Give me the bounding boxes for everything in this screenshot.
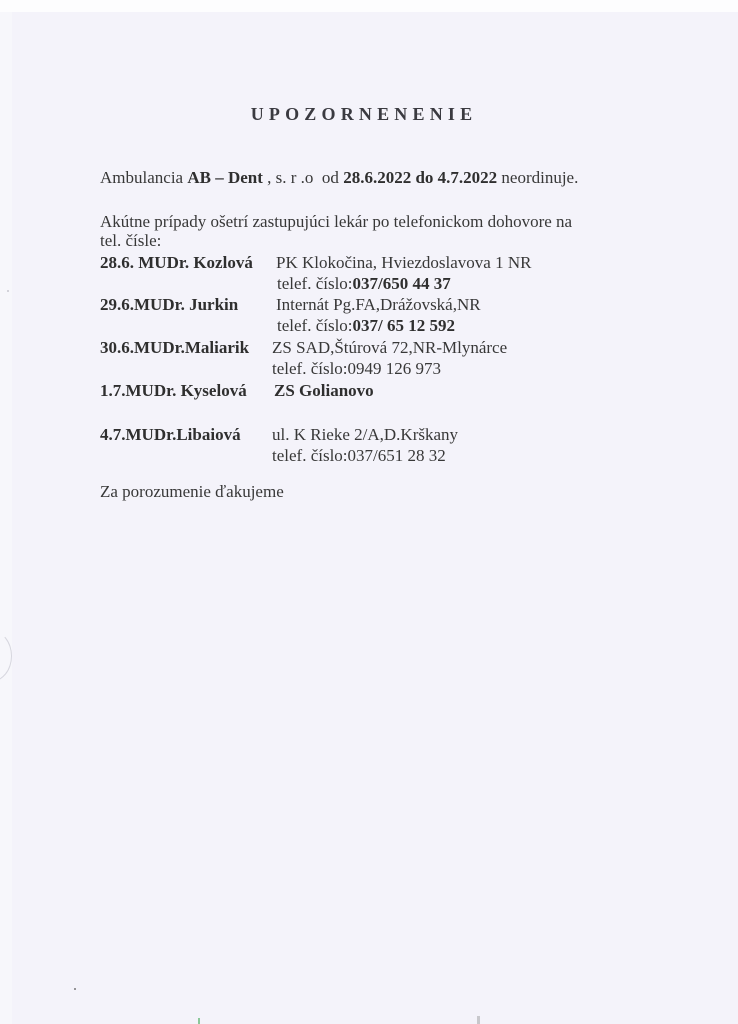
phone-label: telef. číslo: — [277, 316, 353, 335]
notice-title: UPOZORNENENIE — [0, 104, 728, 125]
substitute-doctor-2: 29.6.MUDr. Jurkin — [100, 295, 238, 315]
phone-label: telef. číslo: — [277, 274, 353, 293]
substitute-doctor-5: 4.7.MUDr.Libaiová — [100, 425, 241, 445]
substitute-address-1: PK Klokočina, Hviezdoslavova 1 NR — [276, 253, 531, 273]
scan-artifact-dot — [74, 988, 76, 990]
substitute-address-5: ul. K Rieke 2/A,D.Krškany — [272, 425, 458, 445]
substitute-doctor-4: 1.7.MUDr. Kyselová — [100, 381, 247, 401]
acute-cases-note-line1: Akútne prípady ošetrí zastupujúci lekár … — [100, 212, 572, 232]
phone-label: telef. číslo: — [272, 359, 348, 378]
substitute-phone-2: telef. číslo:037/ 65 12 592 — [277, 316, 455, 336]
clinic-name: AB – Dent — [187, 168, 263, 187]
substitute-address-4: ZS Golianovo — [274, 381, 374, 401]
closure-announcement: Ambulancia AB – Dent , s. r .o od 28.6.2… — [100, 168, 578, 188]
scan-artifact-arc — [0, 630, 12, 682]
phone-number: 037/651 28 32 — [348, 446, 446, 465]
phone-label: telef. číslo: — [272, 446, 348, 465]
scanned-notice-page: UPOZORNENENIE Ambulancia AB – Dent , s. … — [0, 0, 738, 1024]
phone-number: 037/ 65 12 592 — [353, 316, 455, 335]
substitute-doctor-3: 30.6.MUDr.Maliarik — [100, 338, 249, 358]
scan-artifact-dot — [7, 290, 9, 292]
phone-number: 0949 126 973 — [348, 359, 442, 378]
intro-prefix: Ambulancia — [100, 168, 187, 187]
closure-date-range: 28.6.2022 do 4.7.2022 — [343, 168, 497, 187]
scan-artifact-mark — [477, 1016, 480, 1024]
phone-number: 037/650 44 37 — [353, 274, 451, 293]
closing-thanks: Za porozumenie ďakujeme — [100, 482, 284, 502]
substitute-phone-1: telef. číslo:037/650 44 37 — [277, 274, 451, 294]
company-suffix: , s. r .o od — [263, 168, 343, 187]
substitute-address-2: Internát Pg.FA,Drážovská,NR — [276, 295, 481, 315]
substitute-doctor-1: 28.6. MUDr. Kozlová — [100, 253, 253, 273]
acute-cases-note-line2: tel. čísle: — [100, 231, 161, 251]
substitute-phone-5: telef. číslo:037/651 28 32 — [272, 446, 446, 466]
scan-artifact-mark — [198, 1018, 200, 1024]
substitute-phone-3: telef. číslo:0949 126 973 — [272, 359, 441, 379]
intro-suffix: neordinuje. — [497, 168, 578, 187]
substitute-address-3: ZS SAD,Štúrová 72,NR-Mlynárce — [272, 338, 507, 358]
